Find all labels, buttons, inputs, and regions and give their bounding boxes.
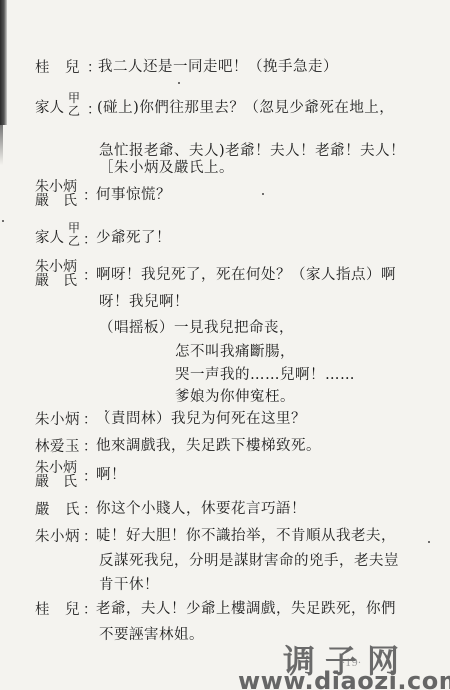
dialogue-line: 反謀死我兒，分明是謀財害命的兇手，老夫豈 [99, 553, 399, 570]
speaker-name-zhu: 朱小炳 [35, 461, 77, 475]
speaker-colon: ： [83, 603, 97, 617]
speaker-colon: ： [83, 470, 97, 484]
dialogue-line: 啊！ [96, 467, 126, 484]
speaker-label-pair: 朱小炳 嚴 氏 [35, 461, 77, 489]
speaker-label: 家人 甲 乙 [35, 231, 64, 245]
speaker-sub-yi: 乙 [68, 106, 80, 117]
speaker-colon: ： [83, 503, 97, 517]
speaker-label: 桂 兒 [35, 603, 80, 617]
scan-speck [2, 220, 4, 222]
dialogue-line: 我二人还是一同走吧！（挽手急走） [98, 59, 338, 76]
dialogue-line: 急忙报老爺、夫人)老爺！夫人！老爺！夫人！ [99, 143, 405, 160]
speaker-sub-jia: 甲 [68, 223, 80, 234]
speaker-colon: ： [83, 233, 97, 247]
speaker-label: 桂 兒 [35, 61, 80, 75]
dialogue-line: (碰上)你們往那里去？（忽見少爺死在地上， [97, 100, 394, 117]
sung-line: （唱摇板）一見我兒把命丧， [99, 320, 294, 337]
dialogue-line: 不要誣害林姐。 [99, 627, 204, 644]
speaker-label: 朱小炳 [35, 413, 80, 427]
sung-line: 怎不叫我痛斷腸， [175, 344, 295, 361]
dialogue-line: 他來調戲我，失足跌下樓梯致死。 [96, 438, 321, 455]
speaker-colon: ： [83, 269, 97, 283]
speaker-label: 林爱玉 [35, 440, 80, 454]
speaker-colon: ： [83, 530, 97, 544]
dialogue-line: 唗！好大胆！你不識抬举，不肯順从我老夫， [96, 528, 396, 545]
speaker-label-pair: 朱小炳 嚴 氏 [35, 260, 77, 288]
dialogue-line: 少爺死了！ [96, 230, 171, 247]
speaker-sub-jia: 甲 [68, 93, 80, 104]
speaker-colon: ： [83, 189, 97, 203]
dialogue-line: 老爺，夫人！少爺上樓調戲，失足跌死，你們 [96, 601, 396, 618]
speaker-colon: ： [83, 440, 97, 454]
scan-speck [178, 82, 180, 84]
scan-edge-shadow [0, 0, 7, 125]
dialogue-line: 呀！我兒啊！ [99, 294, 189, 311]
scan-speck [428, 541, 430, 543]
speaker-name-zhu: 朱小炳 [35, 180, 77, 194]
sung-line: 爹娘为你伸寃枉。 [175, 389, 295, 406]
dialogue-line: 何事惊慌？ [96, 187, 171, 204]
dialogue-line: （責問林）我兒为何死在这里？ [96, 411, 306, 428]
speaker-sub-yi: 乙 [68, 236, 80, 247]
speaker-name-yan: 嚴 氏 [35, 274, 77, 288]
speaker-label: 家人 甲 乙 [35, 101, 64, 115]
stage-direction: ［朱小炳及嚴氏上。 [99, 160, 234, 177]
speaker-name-zhu: 朱小炳 [35, 260, 77, 274]
scan-speck [262, 193, 264, 195]
dialogue-line: 肯干休！ [99, 577, 159, 594]
speaker-name-yan: 嚴 氏 [35, 475, 77, 489]
watermark-url: www.diaozi.com [238, 667, 450, 690]
sung-line: 哭一声我的……兒啊！…… [175, 367, 355, 384]
speaker-name-yan: 嚴 氏 [35, 194, 77, 208]
dialogue-line: 啊呀！我兒死了，死在何处？（家人指点）啊 [96, 267, 396, 284]
scan-speck [105, 410, 107, 412]
speaker-label: 嚴 氏 [35, 503, 80, 517]
scan-edge-shadow-fade [0, 125, 3, 165]
speaker-colon: ： [83, 413, 97, 427]
speaker-label-pair: 朱小炳 嚴 氏 [35, 180, 77, 208]
dialogue-line: 你这个小賤人，休要花言巧語！ [96, 501, 306, 518]
speaker-label: 朱小炳 [35, 530, 80, 544]
speaker-name: 家人 [35, 100, 64, 116]
speaker-name: 家人 [35, 230, 64, 246]
